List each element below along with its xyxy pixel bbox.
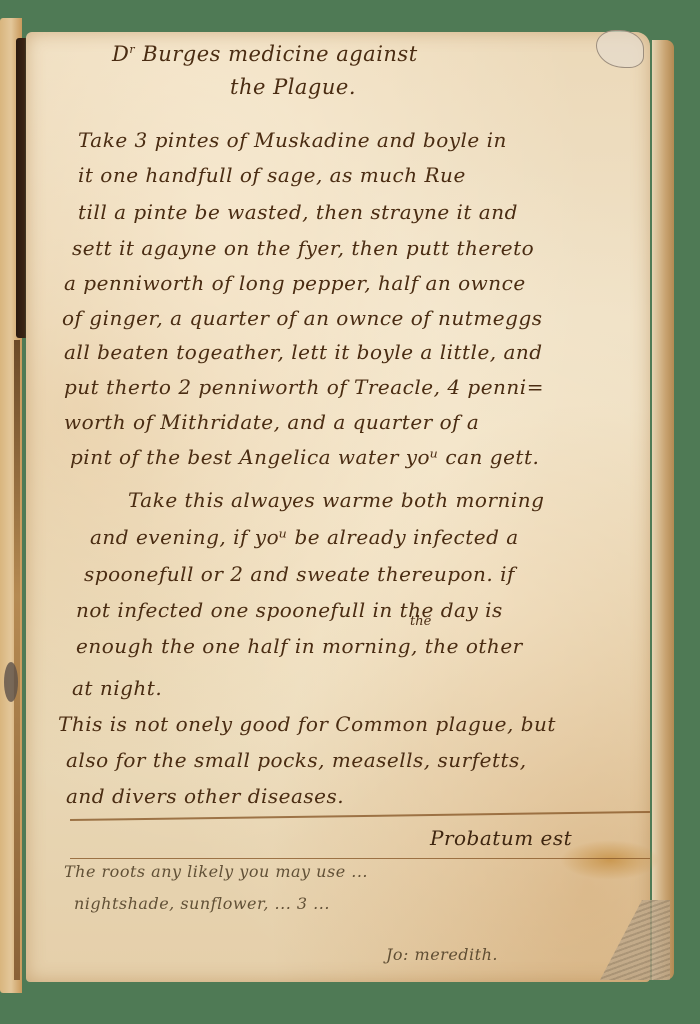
para3-line: This is not onely good for Common plague… (58, 712, 556, 736)
later-note-line: nightshade, sunflower, ... 3 ... (74, 894, 330, 913)
title-prefix: D (112, 42, 129, 66)
signature: Jo: meredith. (386, 945, 498, 964)
divider-rule-2 (70, 858, 650, 859)
probatum-est: Probatum est (430, 826, 572, 850)
para1-line: pint of the best Angelica water yoᵘ can … (70, 445, 539, 469)
para1-line: it one handfull of sage, as much Rue (78, 163, 466, 187)
para2-line: and evening, if yoᵘ be already infected … (90, 525, 519, 549)
para1-line: Take 3 pintes of Muskadine and boyle in (78, 128, 507, 152)
para2-line: enough the one half in morning, the othe… (76, 634, 523, 658)
para2-line: Take this alwayes warme both morning (128, 488, 545, 512)
title-line-2: the Plague. (230, 75, 356, 99)
para2-line: spoonefull or 2 and sweate thereupon. if (84, 562, 515, 586)
para3-line: and divers other diseases. (66, 784, 344, 808)
para1-line: of ginger, a quarter of an ownce of nutm… (62, 306, 543, 330)
para1-line: worth of Mithridate, and a quarter of a (64, 410, 479, 434)
title-rest: Burges medicine against (135, 42, 418, 66)
para2-line: at night. (72, 676, 162, 700)
interlinear-insertion: the (410, 614, 431, 629)
manuscript-text: Dr Burges medicine against the Plague. T… (0, 0, 700, 1024)
title-line-1: Dr Burges medicine against (112, 42, 418, 66)
para3-line: also for the small pocks, measells, surf… (66, 748, 527, 772)
para1-line: put therto 2 penniworth of Treacle, 4 pe… (64, 375, 544, 399)
para1-line: all beaten togeather, lett it boyle a li… (64, 340, 543, 364)
para1-line: a penniworth of long pepper, half an own… (64, 271, 526, 295)
divider-rule (70, 811, 650, 821)
later-note-line: The roots any likely you may use ... (64, 862, 368, 881)
para2-line: not infected one spoonefull in the day i… (76, 598, 503, 622)
para1-line: till a pinte be wasted, then strayne it … (78, 200, 518, 224)
para1-line: sett it agayne on the fyer, then putt th… (72, 236, 534, 260)
